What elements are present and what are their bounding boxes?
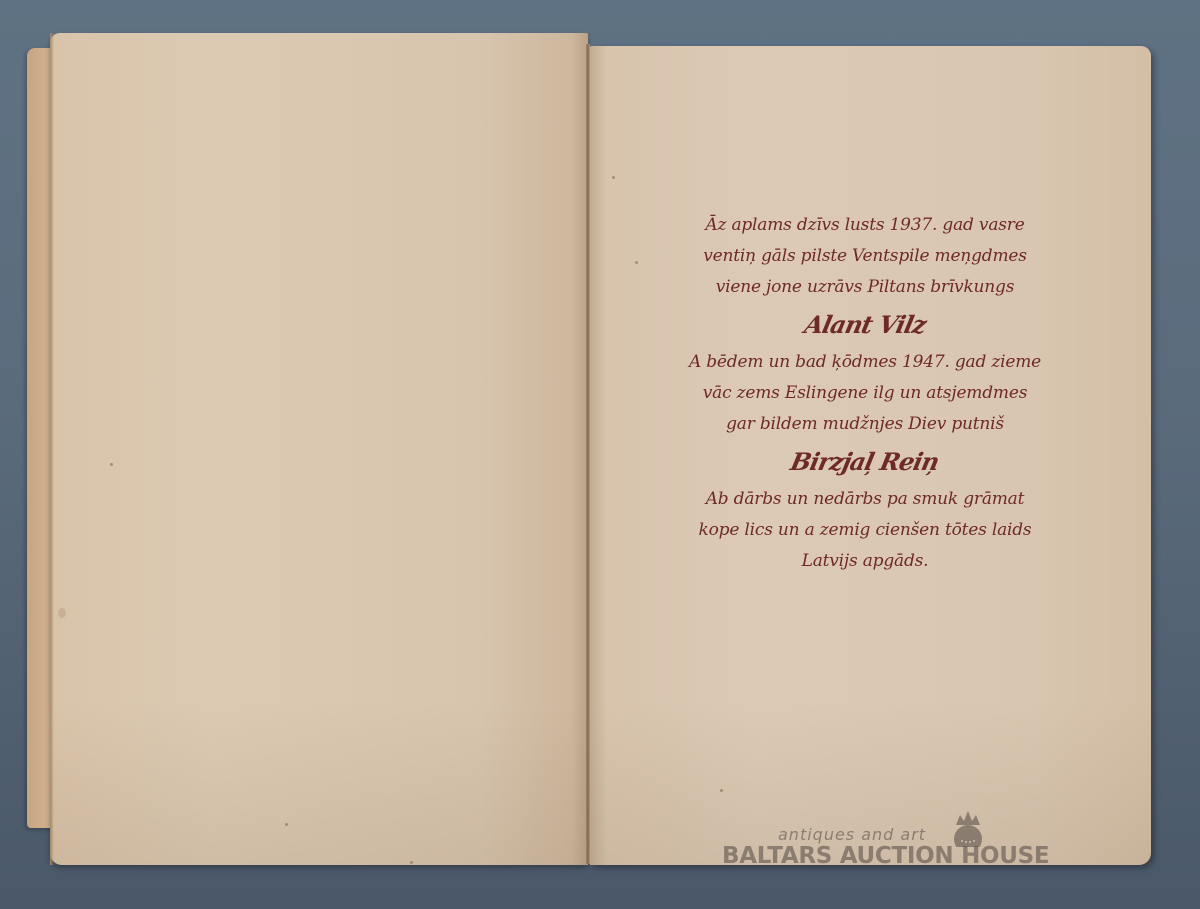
stanza-1: Āz aplams dzīvs lusts 1937. gad vasre ve…	[660, 210, 1070, 303]
text-line: gar bildem mudžnjes Diev putniš	[660, 409, 1070, 440]
left-page-blank	[50, 33, 588, 865]
stanza-2: A bēdem un bad ķōdmes 1947. gad zieme vā…	[660, 347, 1070, 440]
author-signature: Alant Vilz	[800, 303, 930, 347]
text-line: ventiņ gāls pilste Ventspile meņgdmes	[660, 241, 1070, 272]
text-line: kope lics un a zemig cienšen tōtes laids	[660, 515, 1070, 546]
text-line: Āz aplams dzīvs lusts 1937. gad vasre	[660, 210, 1070, 241]
text-line: vāc zems Eslingene ilg un atsjemdmes	[660, 378, 1070, 409]
signature-1: Alant Vilz	[660, 303, 1070, 347]
book-spine-fold	[586, 44, 590, 864]
text-line: viene jone uzrāvs Piltans brīvkungs	[660, 272, 1070, 303]
illustrator-signature: Birzjaļ Reiņ	[787, 440, 944, 484]
signature-2: Birzjaļ Reiņ	[660, 440, 1070, 484]
text-line: A bēdem un bad ķōdmes 1947. gad zieme	[660, 347, 1070, 378]
text-line: Latvijs apgāds.	[660, 546, 1070, 577]
text-line: Ab dārbs un nedārbs pa smuk grāmat	[660, 484, 1070, 515]
dedication-text: Āz aplams dzīvs lusts 1937. gad vasre ve…	[660, 210, 1070, 577]
open-booklet: Āz aplams dzīvs lusts 1937. gad vasre ve…	[0, 0, 1200, 909]
stanza-3: Ab dārbs un nedārbs pa smuk grāmat kope …	[660, 484, 1070, 577]
